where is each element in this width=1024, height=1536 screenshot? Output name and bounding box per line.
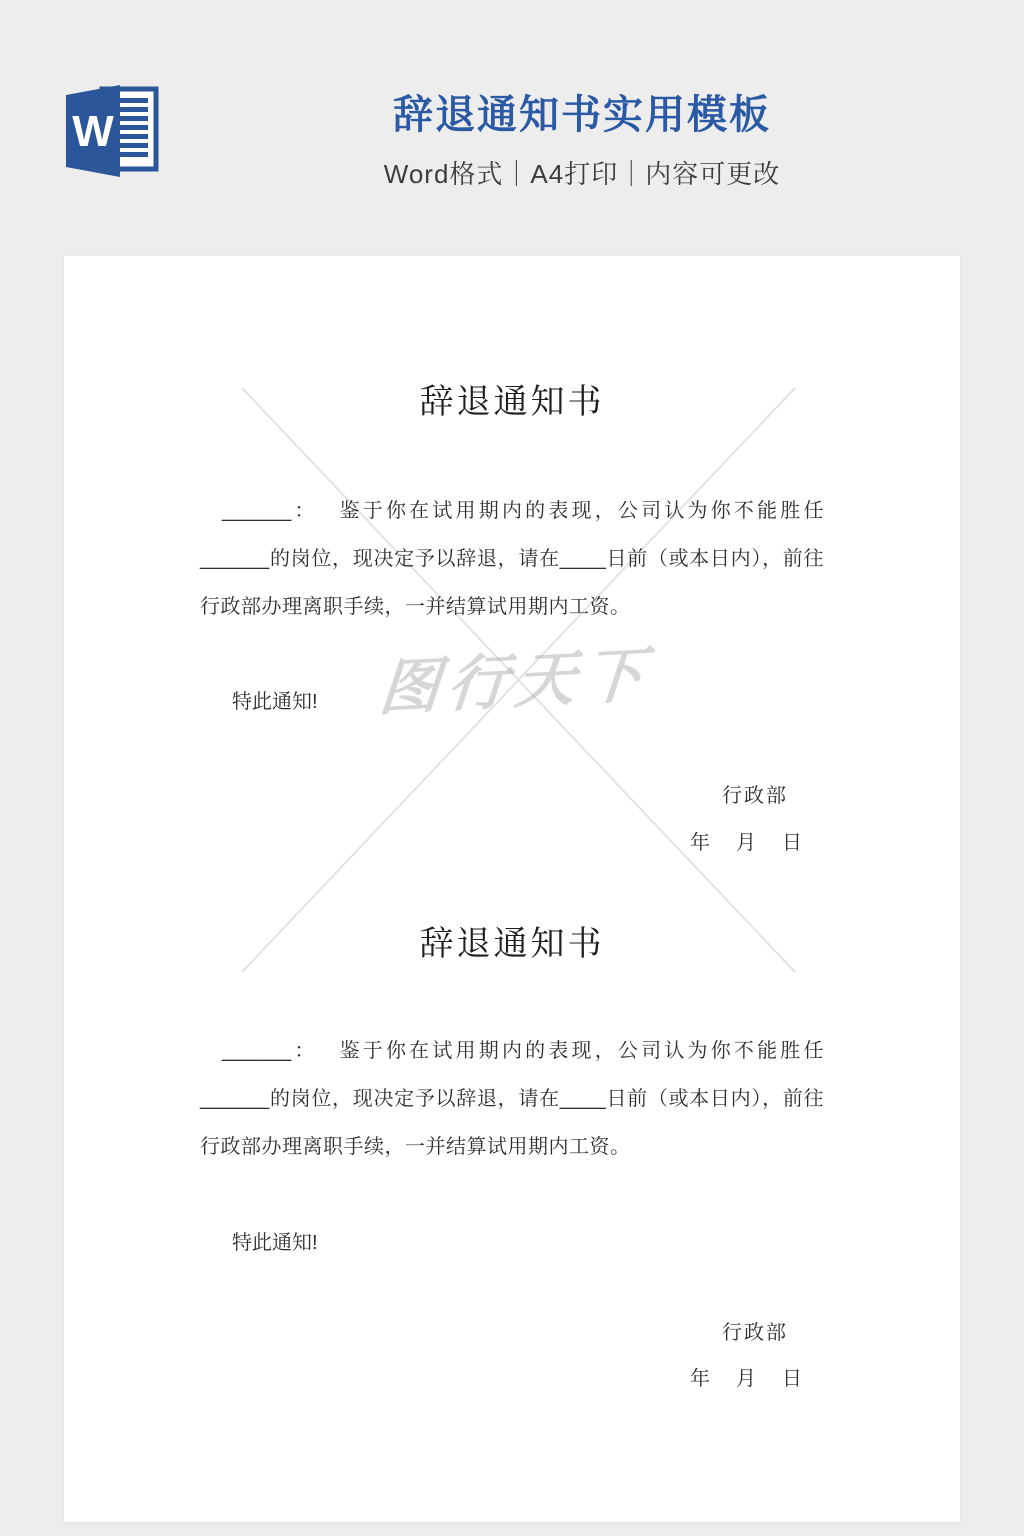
notice-line: 特此通知! [232,1226,318,1255]
word-icon-letter: W [72,107,114,156]
signer-line: 行政部 [722,779,788,808]
document-page: 图行天下 辞退通知书 ______： 鉴于你在试用期内的表现，公司认为你不能胜任… [64,256,960,1522]
header-text-block: 辞退通知书实用模板 Word格式｜A4打印｜内容可更改 [170,92,994,191]
date-line: 年 月 日 [690,1362,805,1391]
section-body-paragraph: ______： 鉴于你在试用期内的表现，公司认为你不能胜任______的岗位，现… [200,1027,824,1171]
template-header: W 辞退通知书实用模板 Word格式｜A4打印｜内容可更改 [0,0,1024,256]
template-title: 辞退通知书实用模板 [170,92,994,138]
watermark-text: 图行天下 [342,625,689,729]
word-icon: W [64,84,162,178]
template-subtitle: Word格式｜A4打印｜内容可更改 [170,154,994,191]
section-title: 辞退通知书 [64,926,960,963]
date-line: 年 月 日 [690,826,805,855]
notice-line: 特此通知! [232,685,318,714]
watermark-diagonal-lines [64,256,960,1522]
section-body-paragraph: ______： 鉴于你在试用期内的表现，公司认为你不能胜任______的岗位，现… [200,487,824,631]
section-title: 辞退通知书 [64,384,960,421]
signer-line: 行政部 [722,1316,788,1345]
